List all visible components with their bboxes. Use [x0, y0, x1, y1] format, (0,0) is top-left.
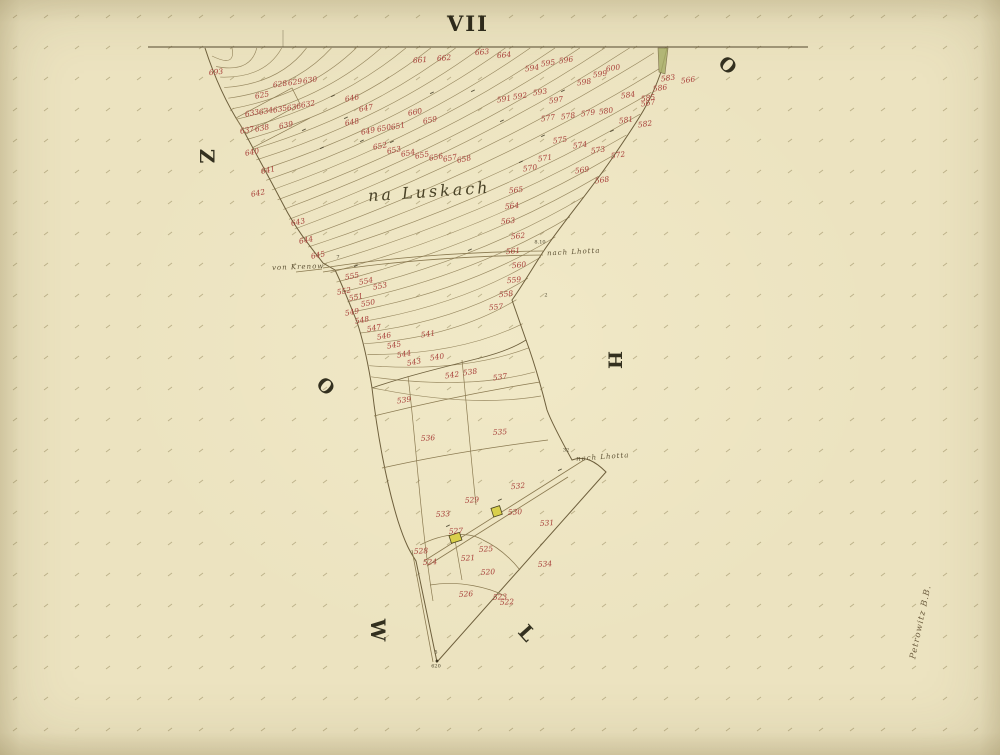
station-annotation: 7 — [336, 256, 339, 261]
map-symbol-mark — [561, 90, 565, 93]
map-symbol-mark — [471, 90, 475, 93]
map-symbol-mark — [331, 95, 335, 98]
map-symbol-mark — [446, 525, 450, 528]
station-annotation: 8.10 — [534, 241, 545, 246]
map-symbol-mark — [610, 130, 614, 133]
map-symbol-mark — [500, 120, 504, 123]
map-symbol-mark — [541, 135, 545, 138]
map-symbol-mark — [430, 92, 434, 95]
station-annotation: 5 — [434, 651, 437, 656]
map-symbol-mark — [498, 499, 502, 502]
sheet-number: VII — [436, 11, 500, 36]
map-symbol-mark — [344, 117, 348, 120]
map-symbol-mark — [558, 469, 562, 472]
map-symbol-mark — [354, 265, 358, 268]
map-symbol-mark — [320, 147, 324, 150]
map-symbol-mark — [468, 249, 472, 252]
map-symbol-mark — [360, 140, 364, 143]
map-symbol-mark — [302, 129, 306, 132]
map-symbol-mark — [390, 141, 394, 144]
map-symbol-mark — [519, 161, 523, 164]
station-annotation: 620 — [431, 665, 441, 670]
symbol-marks-layer: 56208.107322 — [0, 0, 1000, 755]
station-annotation: 32 — [563, 449, 569, 454]
map-sheet: 6936256336346356366326286296306376386396… — [0, 0, 1000, 755]
station-annotation: 2 — [544, 294, 547, 299]
